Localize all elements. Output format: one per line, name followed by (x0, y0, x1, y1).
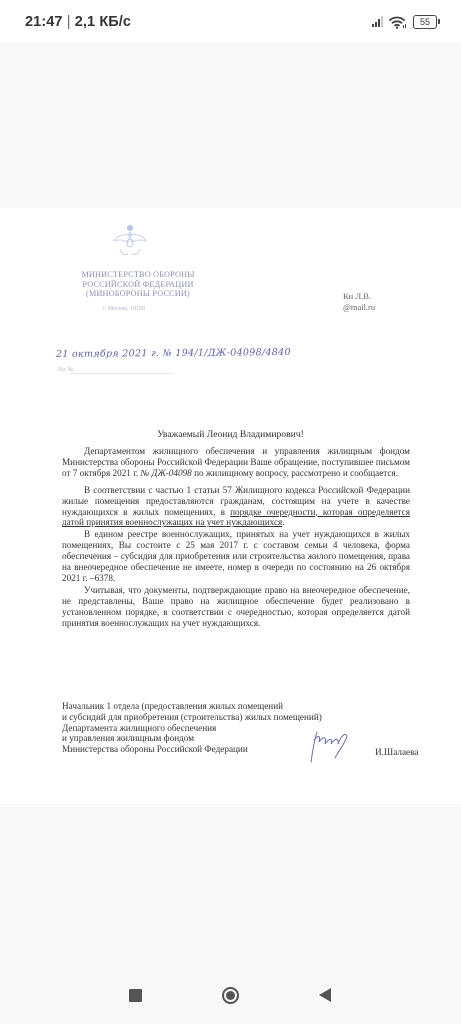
letterhead-line-2: РОССИЙСКОЙ ФЕДЕРАЦИИ (63, 280, 213, 290)
signature-line-5: Министерства обороны Российской Федераци… (62, 744, 322, 755)
status-left: 21:47 | 2,1 КБ/с (25, 14, 131, 30)
signature-line-3: Департамента жилищного обеспечения (62, 723, 322, 734)
letterhead-address: г. Москва, 10160 (103, 306, 145, 312)
square-icon (129, 989, 142, 1002)
signer-name: И.Шалаева (375, 747, 418, 757)
battery-level: 55 (420, 17, 430, 27)
recents-button[interactable] (124, 984, 146, 1006)
in-reply-to-label: На № (58, 366, 73, 373)
home-circle-icon (222, 987, 239, 1004)
letter-body: Департаментом жилищного обеспечения и уп… (62, 446, 410, 629)
recipient-name: Кн Л.В. (343, 291, 375, 302)
letter-document[interactable]: МИНИСТЕРСТВО ОБОРОНЫ РОССИЙСКОЙ ФЕДЕРАЦИ… (0, 208, 461, 804)
letterhead-line-1: МИНИСТЕРСТВО ОБОРОНЫ (63, 270, 213, 280)
paragraph-4: Учитывая, что документы, подтверждающие … (62, 585, 410, 629)
clock: 21:47 (25, 14, 63, 30)
status-icons: 55 (372, 15, 437, 29)
handwritten-outgoing-number: 21 октября 2021 г. № 194/1/ДЖ-04098/4840 (56, 347, 291, 360)
signature-line-4: и управления жилищным фондом (62, 733, 322, 744)
battery-icon: 55 (413, 15, 437, 29)
in-reply-to-line (70, 373, 173, 374)
network-speed: 2,1 КБ/с (75, 14, 131, 30)
signature-line-2: и субсидий для приобретения (строительст… (62, 712, 322, 723)
letterhead-line-3: (МИНОБОРОНЫ РОССИИ) (63, 289, 213, 299)
back-triangle-icon (319, 988, 331, 1002)
paragraph-1: Департаментом жилищного обеспечения и уп… (62, 446, 410, 479)
salutation: Уважаемый Леонид Владимирович! (0, 429, 461, 440)
system-nav-bar (0, 963, 461, 1024)
signature-title-block: Начальник 1 отдела (предоставления жилых… (62, 701, 322, 755)
handwritten-signature-icon (305, 728, 355, 764)
paragraph-3: В едином реестре военнослужащих, приняты… (62, 529, 410, 584)
status-bar: 21:47 | 2,1 КБ/с 55 (0, 0, 461, 43)
signal-icon (372, 16, 383, 27)
back-button[interactable] (314, 984, 336, 1006)
ministry-emblem-icon (110, 223, 150, 259)
home-button[interactable] (219, 984, 241, 1006)
image-viewer[interactable]: МИНИСТЕРСТВО ОБОРОНЫ РОССИЙСКОЙ ФЕДЕРАЦИ… (0, 43, 461, 963)
ministry-letterhead: МИНИСТЕРСТВО ОБОРОНЫ РОССИЙСКОЙ ФЕДЕРАЦИ… (63, 270, 213, 299)
recipient-email: @mail.ru (343, 302, 375, 313)
recipient-block: Кн Л.В. @mail.ru (343, 291, 375, 313)
paragraph-2: В соответствии с частью 1 статьи 57 Жили… (62, 485, 410, 529)
signature-line-1: Начальник 1 отдела (предоставления жилых… (62, 701, 322, 712)
wifi-icon (389, 15, 407, 29)
status-separator: | (67, 14, 71, 30)
